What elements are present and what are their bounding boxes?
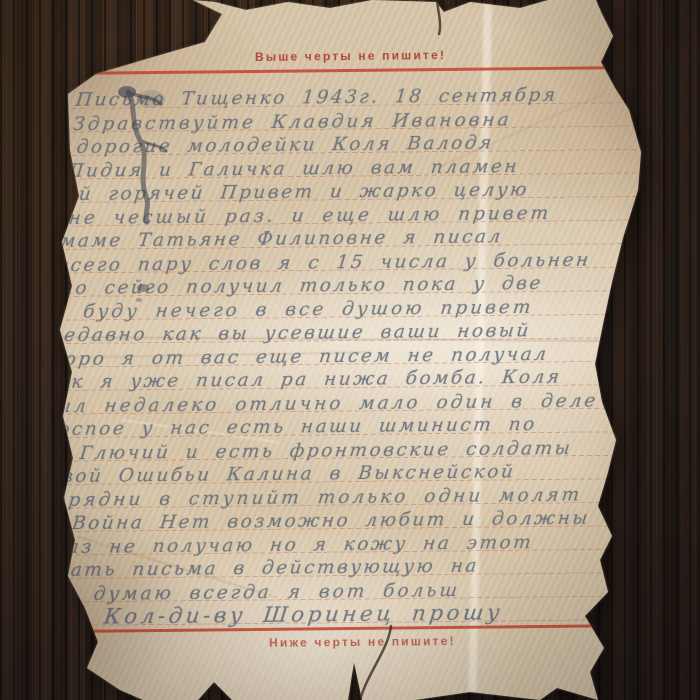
- letter-paper: Выше черты не пишите! Ниже черты не пиши…: [0, 0, 700, 700]
- photo-of-old-letter: Выше черты не пишите! Ниже черты не пиши…: [0, 0, 700, 700]
- paper-sheet: Выше черты не пишите! Ниже черты не пиши…: [0, 0, 700, 700]
- ink-blot-and-tears: [0, 0, 700, 700]
